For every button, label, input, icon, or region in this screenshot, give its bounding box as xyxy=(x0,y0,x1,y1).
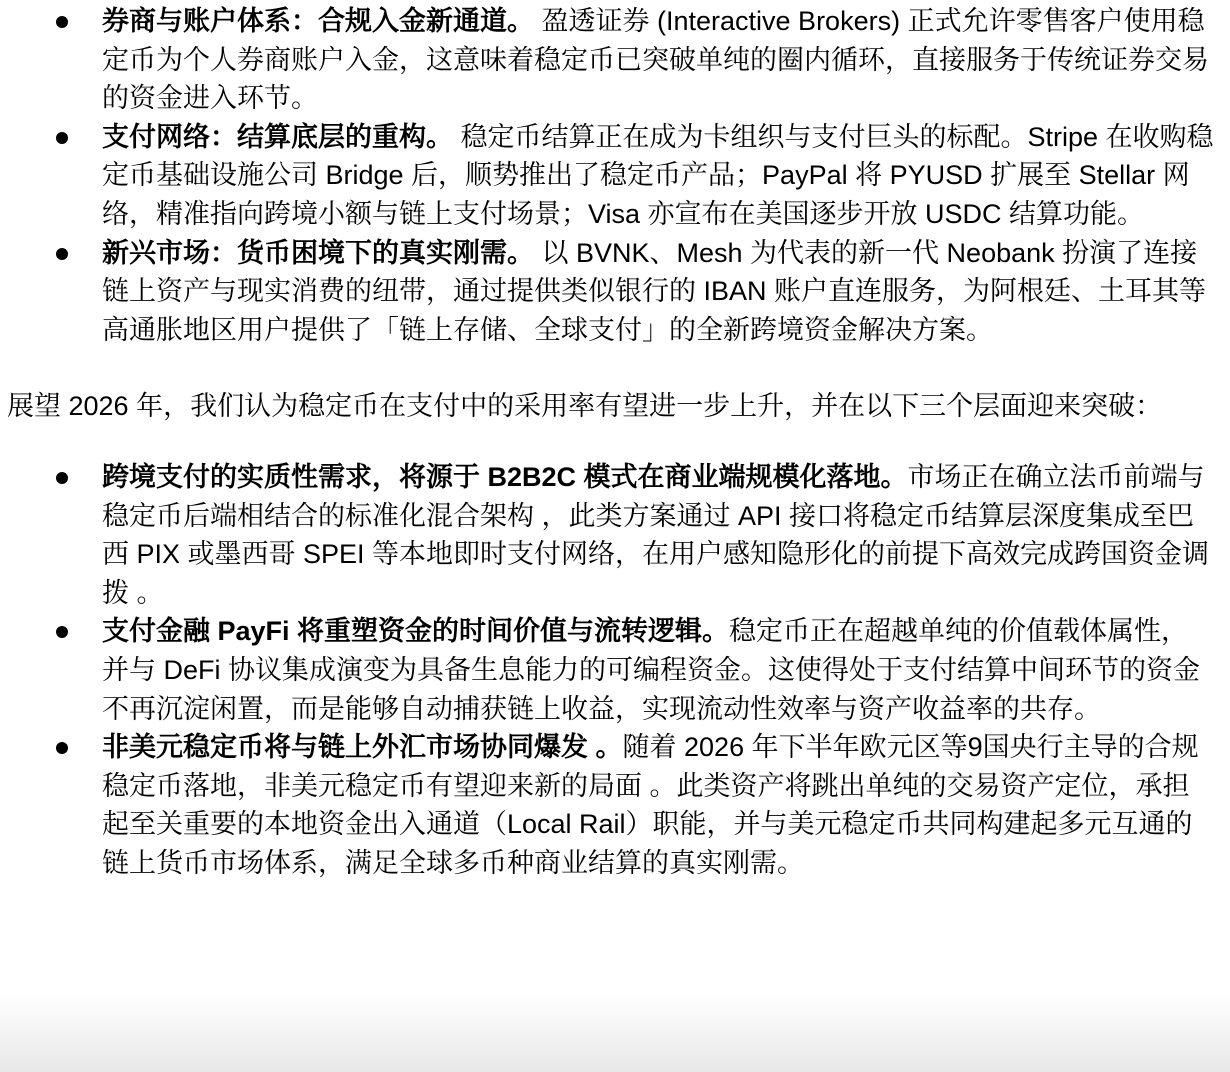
list-item-lead: 新兴市场：货币困境下的真实刚需。 xyxy=(102,238,534,268)
list-item-lead: 券商与账户体系：合规入金新通道。 xyxy=(102,6,534,36)
spacer xyxy=(0,426,1230,458)
list-item: 跨境支付的实质性需求，将源于 B2B2C 模式在商业端规模化落地。市场正在确立法… xyxy=(102,458,1214,612)
list-item: 新兴市场：货币困境下的真实刚需。 以 BVNK、Mesh 为代表的新一代 Neo… xyxy=(102,234,1214,350)
list-item: 非美元稳定币将与链上外汇市场协同爆发 。随着 2026 年下半年欧元区等9国央行… xyxy=(102,728,1214,882)
bullet-list-2026-outlook: 跨境支付的实质性需求，将源于 B2B2C 模式在商业端规模化落地。市场正在确立法… xyxy=(0,458,1230,883)
list-item-lead: 非美元稳定币将与链上外汇市场协同爆发 。 xyxy=(102,732,623,762)
bullet-icon xyxy=(56,132,68,144)
bullet-icon xyxy=(56,16,68,28)
bullet-icon xyxy=(56,472,68,484)
bullet-icon xyxy=(56,742,68,754)
list-item: 支付金融 PayFi 将重塑资金的时间价值与流转逻辑。稳定币正在超越单纯的价值载… xyxy=(102,612,1214,728)
bullet-icon xyxy=(56,626,68,638)
outlook-paragraph: 展望 2026 年，我们认为稳定币在支付中的采用率有望进一步上升，并在以下三个层… xyxy=(0,387,1207,426)
document-body: 券商与账户体系：合规入金新通道。 盈透证券 (Interactive Broke… xyxy=(0,2,1230,882)
list-item: 券商与账户体系：合规入金新通道。 盈透证券 (Interactive Broke… xyxy=(102,2,1214,118)
spacer xyxy=(0,349,1230,387)
bottom-fade-overlay xyxy=(0,992,1230,1072)
bullet-list-current-adoption: 券商与账户体系：合规入金新通道。 盈透证券 (Interactive Broke… xyxy=(0,2,1230,349)
list-item-lead: 支付网络：结算底层的重构。 xyxy=(102,122,453,152)
list-item-lead: 跨境支付的实质性需求，将源于 B2B2C 模式在商业端规模化落地。 xyxy=(102,462,908,492)
list-item: 支付网络：结算底层的重构。 稳定币结算正在成为卡组织与支付巨头的标配。Strip… xyxy=(102,118,1214,234)
list-item-lead: 支付金融 PayFi 将重塑资金的时间价值与流转逻辑。 xyxy=(102,616,729,646)
bullet-icon xyxy=(56,248,68,260)
